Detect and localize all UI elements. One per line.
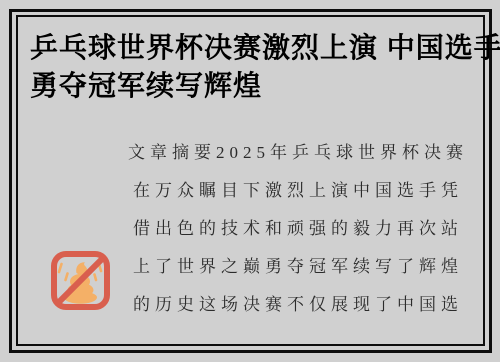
summary-line: 上了世界之巅勇夺冠军续写了辉煌 (128, 248, 468, 286)
no-poop-icon (49, 249, 112, 312)
article-title: 乒乓球世界杯决赛激烈上演 中国选手 勇夺冠军续写辉煌 (30, 29, 466, 105)
summary-text: 文章摘要2025年乒乓球世界杯决赛 在万众瞩目下激烈上演中国选手凭 借出色的技术… (128, 134, 468, 324)
summary-line: 借出色的技术和顽强的毅力再次站 (128, 210, 468, 248)
page-background: { "page": { "background_color": "#d0d0d0… (0, 0, 500, 362)
summary-line: 文章摘要2025年乒乓球世界杯决赛 (128, 134, 468, 172)
outer-frame: 乒乓球世界杯决赛激烈上演 中国选手 勇夺冠军续写辉煌 (9, 9, 492, 353)
summary-line: 的历史这场决赛不仅展现了中国选 (128, 286, 468, 324)
article-title-line-2: 勇夺冠军续写辉煌 (30, 67, 466, 105)
article-title-line-1: 乒乓球世界杯决赛激烈上演 中国选手 (30, 29, 466, 67)
inner-frame: 乒乓球世界杯决赛激烈上演 中国选手 勇夺冠军续写辉煌 (16, 15, 485, 346)
summary-image-placeholder (49, 249, 112, 312)
summary-line: 在万众瞩目下激烈上演中国选手凭 (128, 172, 468, 210)
